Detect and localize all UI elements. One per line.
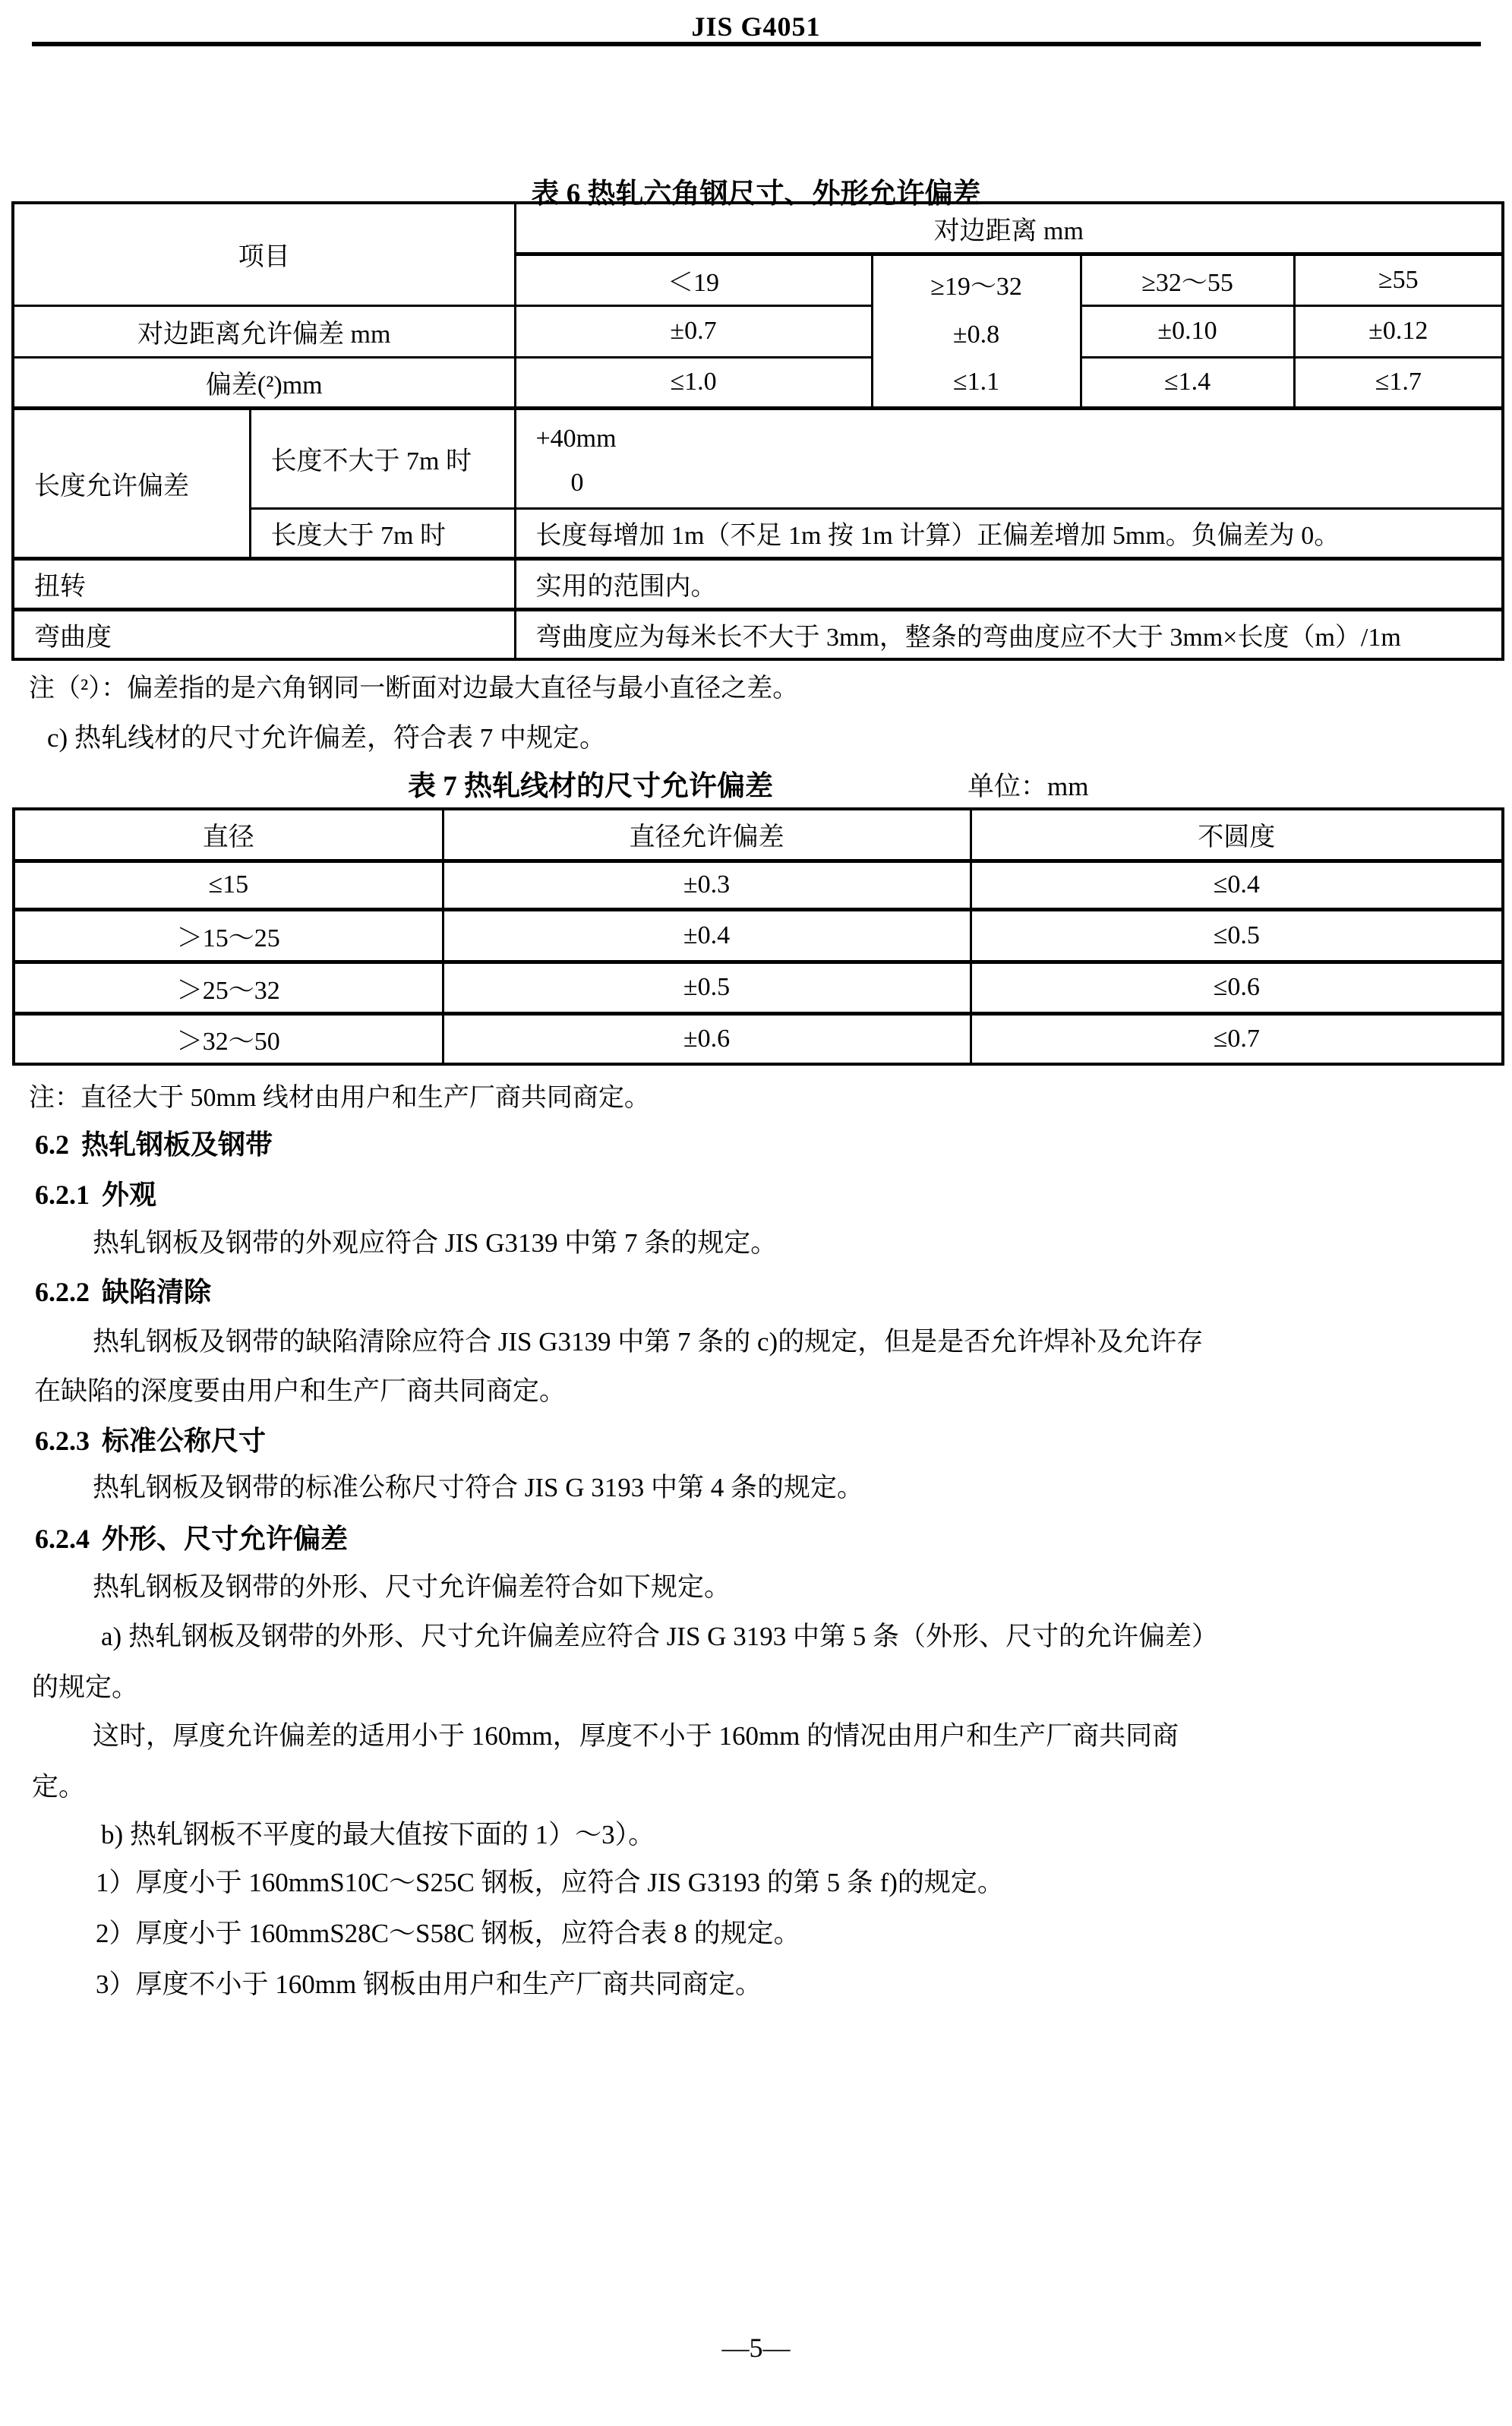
paragraph-line: 热轧钢板及钢带的外形、尺寸允许偏差符合如下规定。 [93,1566,731,1604]
section-number: 6.2 [35,1129,69,1160]
section-title: 外形、尺寸允许偏差 [102,1524,348,1554]
table7-cell: ±0.5 [443,962,971,1013]
paragraph-line: 在缺陷的深度要由用户和生产厂商共同商定。 [34,1370,566,1408]
header-rule [32,42,1481,46]
table7-title: 表 7 热轧线材的尺寸允许偏差 [408,763,773,804]
section-number: 6.2.1 [35,1180,90,1210]
table6-cell: ±0.12 [1294,305,1503,357]
section-heading-6-2-1: 6.2.1外观 [35,1174,156,1212]
table6-cell: 实用的范围内。 [515,558,1503,609]
table6-header-span: 对边距离 mm [515,203,1503,254]
table6-row-sublabel: 长度不大于 7m 时 [250,408,515,508]
section-number: 6.2.2 [35,1277,90,1307]
item-a-continuation: 的规定。 [32,1666,138,1704]
paragraph-continuation: 定。 [32,1766,85,1804]
document-header-title: JIS G4051 [0,11,1512,43]
table6-cell: ≤1.1 [873,368,1080,396]
table6-row-label: 对边距离允许偏差 mm [13,305,515,357]
item-3-line: 3）厚度不小于 160mm 钢板由用户和生产厂商共同商定。 [96,1963,762,2001]
section-title: 标准公称尺寸 [102,1426,266,1456]
table7-cell: ≤0.6 [971,962,1503,1013]
table6-cell: 弯曲度应为每米长不大于 3mm，整条的弯曲度应不大于 3mm×长度（m）/1m [515,609,1503,659]
section-heading-6-2: 6.2热轧钢板及钢带 [35,1123,273,1162]
document-page: JIS G4051 表 6 热轧六角钢尺寸、外形允许偏差 项目 对边距离 mm … [0,0,1512,2426]
section-number: 6.2.3 [35,1426,90,1456]
section-title: 热轧钢板及钢带 [81,1129,273,1160]
length-tolerance-plus: +40mm [536,417,1502,461]
table7-unit: 单位：mm [967,766,1088,804]
section-heading-6-2-4: 6.2.4外形、尺寸允许偏差 [35,1518,348,1556]
table7-cell: ＞32～50 [14,1013,443,1064]
section-heading-6-2-3: 6.2.3标准公称尺寸 [35,1420,266,1458]
item-b-line: b) 热轧钢板不平度的最大值按下面的 1）～3）。 [101,1814,655,1852]
table7-cell: ≤0.4 [971,861,1503,909]
paragraph-line: 这时，厚度允许偏差的适用小于 160mm，厚度不小于 160mm 的情况由用户和… [93,1715,1179,1753]
table6-col-header: ＜19 [515,254,872,305]
footer-page-number: —5— [0,2332,1512,2364]
table7-cell: ≤0.7 [971,1013,1503,1064]
table6-merged-column: ≥19～32 ±0.8 ≤1.1 [872,254,1081,408]
table7-cell: ≤0.5 [971,909,1503,962]
item-c-line: c) 热轧线材的尺寸允许偏差，符合表 7 中规定。 [47,717,606,755]
table7-col-header: 直径允许偏差 [443,809,971,861]
table7-col-header: 直径 [14,809,443,861]
table7: 直径 直径允许偏差 不圆度 ≤15 ±0.3 ≤0.4 ＞15～25 ±0.4 … [12,807,1504,1066]
table6-col-header: ≥32～55 [1081,254,1294,305]
table7-col-header: 不圆度 [971,809,1503,861]
section-title: 缺陷清除 [102,1277,211,1307]
section-title: 外观 [102,1180,156,1210]
table6-cell: ≤1.7 [1294,357,1503,408]
table6: 项目 对边距离 mm ＜19 ≥19～32 ±0.8 ≤1.1 ≥32～55 ≥… [11,201,1504,661]
item-1-line: 1）厚度小于 160mmS10C～S25C 钢板，应符合 JIS G3193 的… [96,1862,1004,1900]
table6-note: 注（²）：偏差指的是六角钢同一断面对边最大直径与最小直径之差。 [29,667,798,704]
table6-row-label: 扭转 [13,558,515,609]
table7-cell: ±0.6 [443,1013,971,1064]
table6-cell: 长度每增加 1m（不足 1m 按 1m 计算）正偏差增加 5mm。负偏差为 0。 [515,508,1503,558]
table6-cell: ±0.10 [1081,305,1294,357]
table7-cell: ±0.4 [443,909,971,962]
table7-note: 注：直径大于 50mm 线材由用户和生产厂商共同商定。 [29,1076,650,1113]
table6-row-sublabel: 长度大于 7m 时 [250,508,515,558]
table6-cell: ≤1.4 [1081,357,1294,408]
item-2-line: 2）厚度小于 160mmS28C～S58C 钢板，应符合表 8 的规定。 [96,1913,800,1951]
table7-cell: ＞15～25 [14,909,443,962]
table6-col-header: ≥19～32 [873,265,1080,302]
section-number: 6.2.4 [35,1524,90,1554]
table6-cell: ≤1.0 [515,357,872,408]
table6-row-label: 偏差(²)mm [13,357,515,408]
item-a-line: a) 热轧钢板及钢带的外形、尺寸允许偏差应符合 JIS G 3193 中第 5 … [101,1616,1218,1654]
table7-cell: ＞25～32 [14,962,443,1013]
length-tolerance-minus: 0 [571,461,1502,505]
paragraph-line: 热轧钢板及钢带的外观应符合 JIS G3139 中第 7 条的规定。 [93,1222,777,1260]
table7-cell: ±0.3 [443,861,971,909]
table6-row-label: 长度允许偏差 [13,408,250,558]
table6-cell: ±0.8 [873,321,1080,349]
table6-cell: ±0.7 [515,305,872,357]
table6-cell: +40mm 0 [515,408,1503,508]
paragraph-line: 热轧钢板及钢带的缺陷清除应符合 JIS G3139 中第 7 条的 c)的规定，… [93,1321,1203,1359]
table6-col-header: ≥55 [1294,254,1503,305]
table7-cell: ≤15 [14,861,443,909]
paragraph-line: 热轧钢板及钢带的标准公称尺寸符合 JIS G 3193 中第 4 条的规定。 [93,1467,863,1505]
table6-header-item: 项目 [13,203,515,305]
section-heading-6-2-2: 6.2.2缺陷清除 [35,1271,211,1309]
table6-row-label: 弯曲度 [13,609,515,659]
